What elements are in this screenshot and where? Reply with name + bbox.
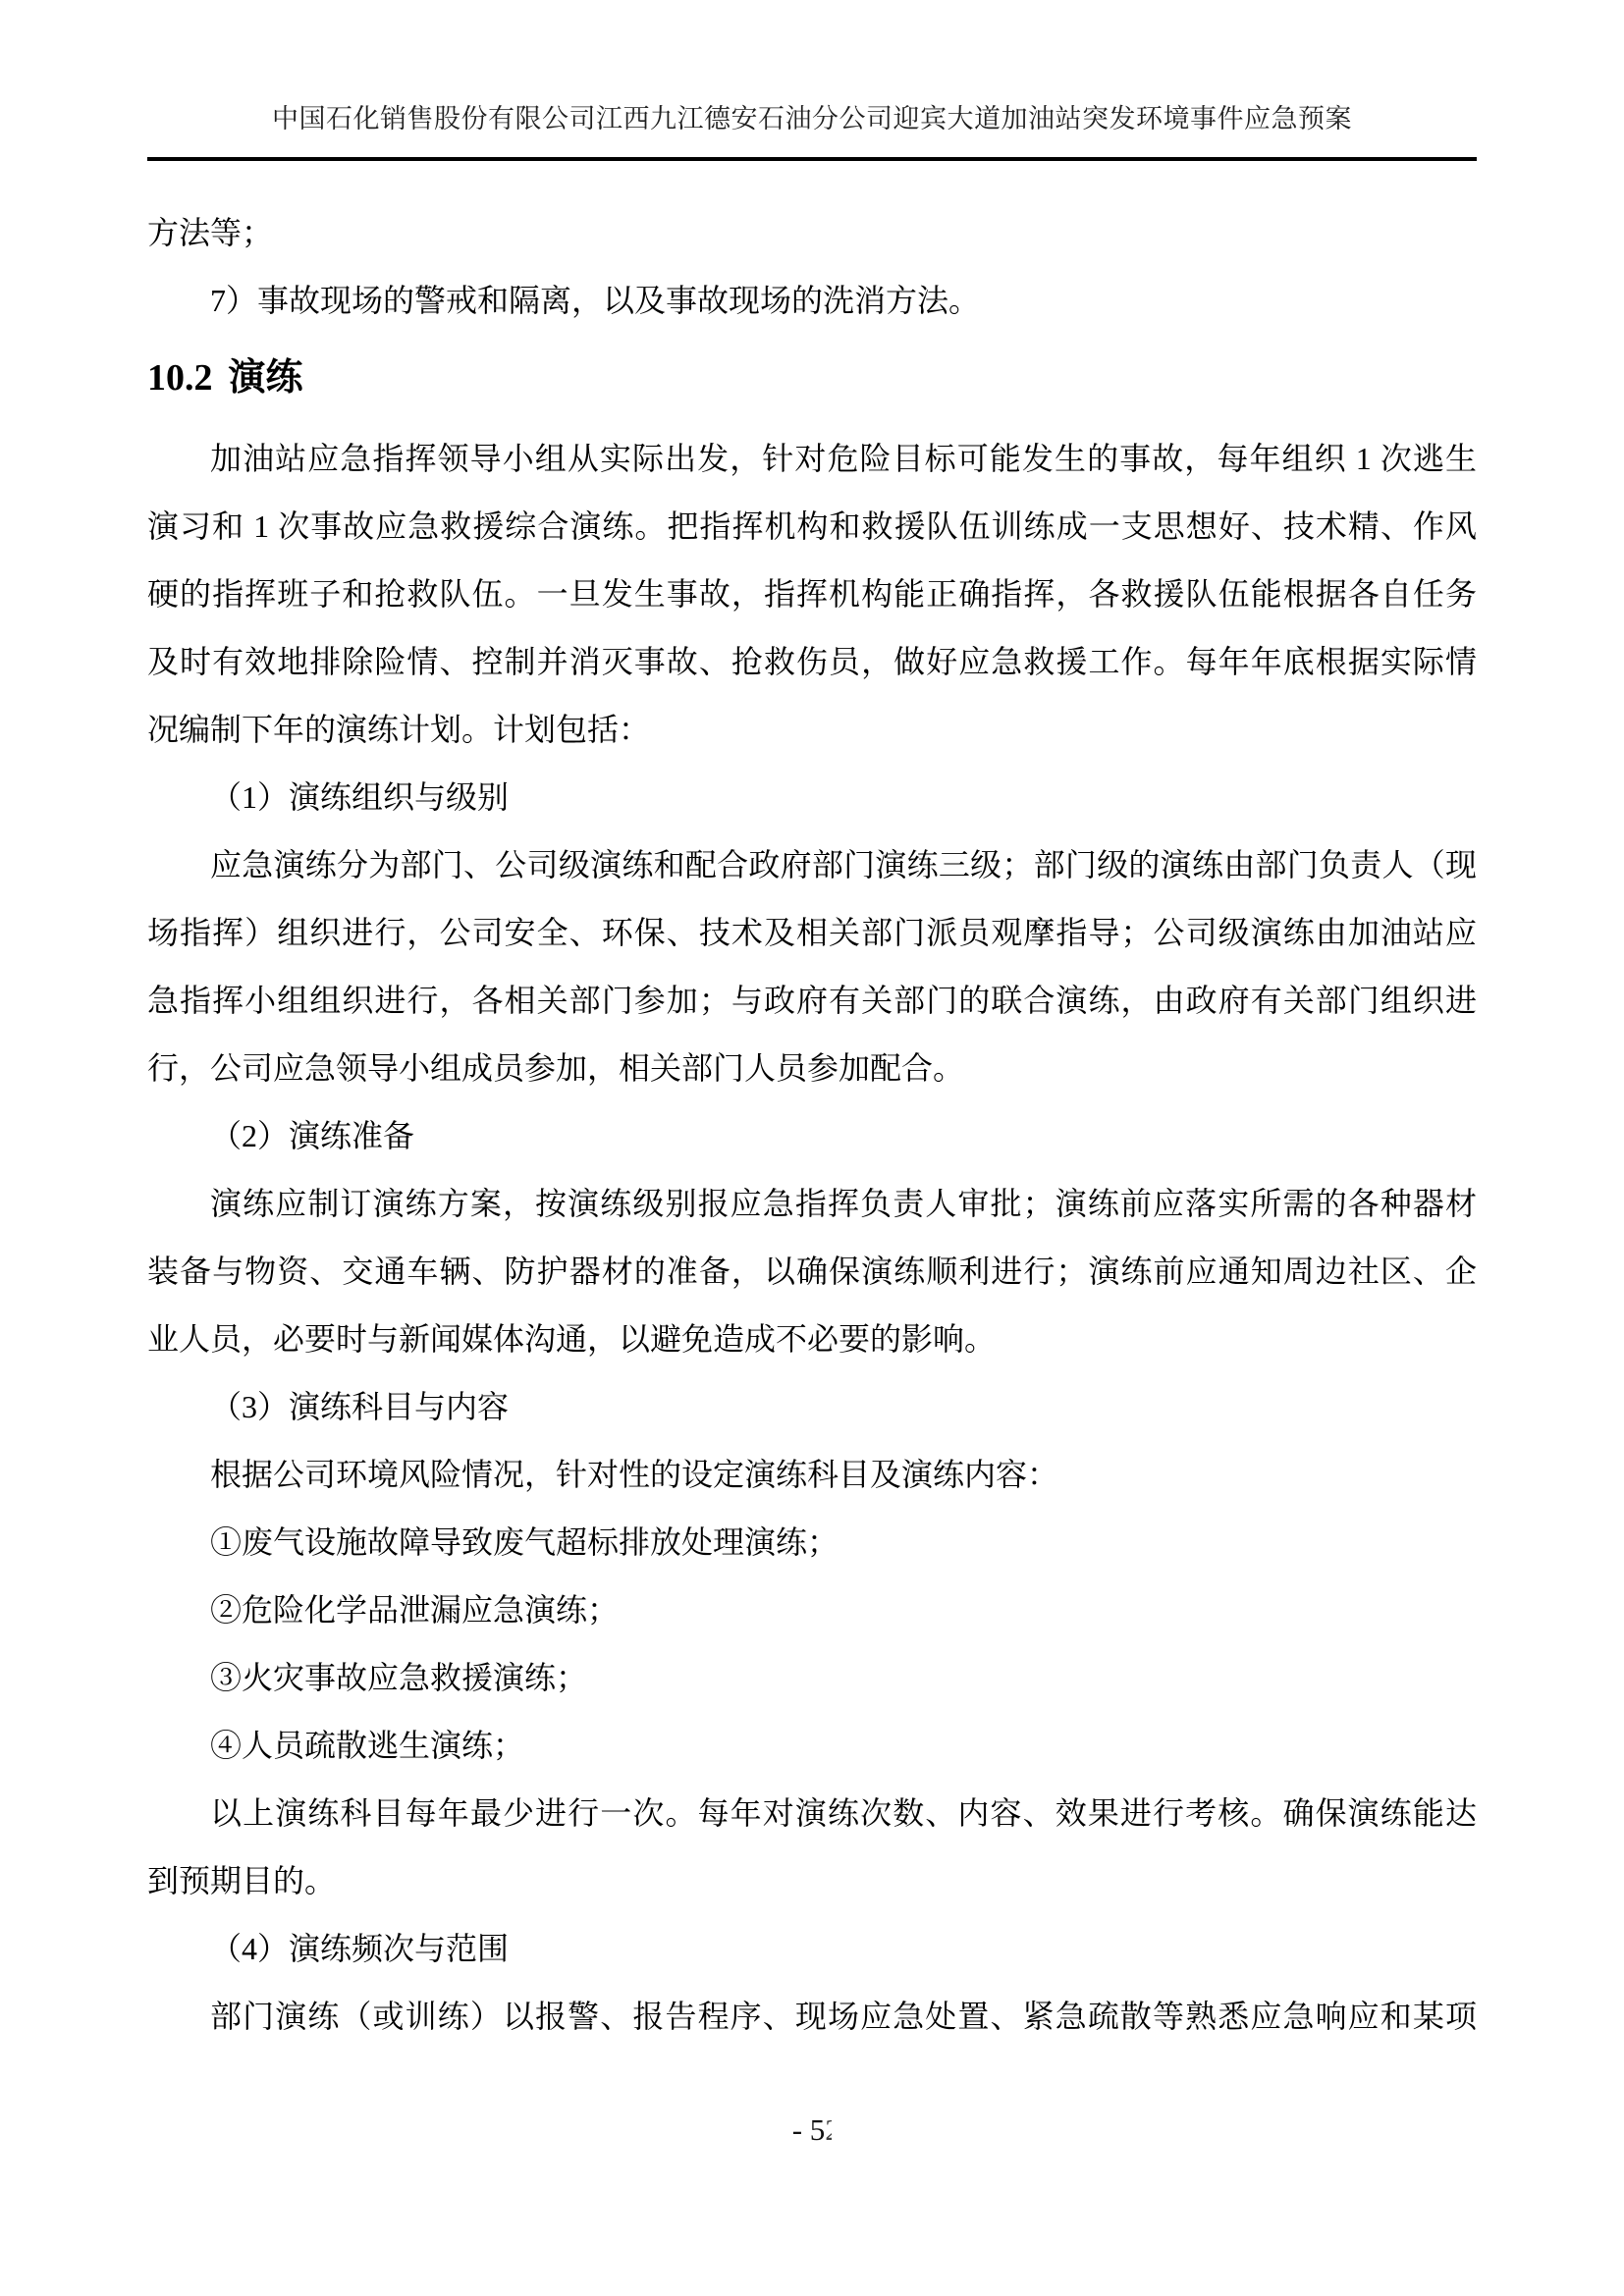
text-line: 7）事故现场的警戒和隔离，以及事故现场的洗消方法。: [147, 267, 1477, 335]
text-line: 根据公司环境风险情况，针对性的设定演练科目及演练内容：: [147, 1441, 1477, 1509]
text-line: 及时有效地排除险情、控制并消灭事故、抢救伤员，做好应急救援工作。每年年底根据实际…: [147, 628, 1477, 696]
page-number-clipped-digit: 2: [825, 2110, 832, 2150]
page-header: 中国石化销售股份有限公司江西九江德安石油分公司迎宾大道加油站突发环境事件应急预案: [147, 0, 1477, 161]
text-line: 方法等；: [147, 199, 1477, 267]
text-line: 装备与物资、交通车辆、防护器材的准备，以确保演练顺利进行；演练前应通知周边社区、…: [147, 1238, 1477, 1306]
heading-label: 演练: [229, 357, 303, 399]
text-line: ②危险化学品泄漏应急演练；: [147, 1576, 1477, 1644]
text-line: （3）演练科目与内容: [147, 1373, 1477, 1441]
section-heading: 10.2演练: [147, 341, 1477, 415]
text-line: 部门演练（或训练）以报警、报告程序、现场应急处置、紧急疏散等熟悉应急响应和某项: [147, 1983, 1477, 2051]
text-line: 行，公司应急领导小组成员参加，相关部门人员参加配合。: [147, 1035, 1477, 1102]
text-line: 场指挥）组织进行，公司安全、环保、技术及相关部门派员观摩指导；公司级演练由加油站…: [147, 899, 1477, 967]
text-line: 应急演练分为部门、公司级演练和配合政府部门演练三级；部门级的演练由部门负责人（现: [147, 831, 1477, 899]
text-line: ③火灾事故应急救援演练；: [147, 1644, 1477, 1712]
text-line: （4）演练频次与范围: [147, 1915, 1477, 1983]
text-line: ①废气设施故障导致废气超标排放处理演练；: [147, 1509, 1477, 1576]
text-line: 硬的指挥班子和抢救队伍。一旦发生事故，指挥机构能正确指挥，各救援队伍能根据各自任…: [147, 561, 1477, 628]
text-line: 演习和 1 次事故应急救援综合演练。把指挥机构和救援队伍训练成一支思想好、技术精…: [147, 493, 1477, 561]
text-line: 到预期目的。: [147, 1847, 1477, 1915]
document-body: 方法等；7）事故现场的警戒和隔离，以及事故现场的洗消方法。10.2演练加油站应急…: [147, 161, 1477, 2051]
page-number: - 5: [792, 2112, 826, 2147]
page-header-title: 中国石化销售股份有限公司江西九江德安石油分公司迎宾大道加油站突发环境事件应急预案: [147, 102, 1477, 135]
text-line: 以上演练科目每年最少进行一次。每年对演练次数、内容、效果进行考核。确保演练能达: [147, 1780, 1477, 1847]
text-line: 演练应制订演练方案，按演练级别报应急指挥负责人审批；演练前应落实所需的各种器材: [147, 1170, 1477, 1238]
text-line: 急指挥小组组织进行，各相关部门参加；与政府有关部门的联合演练，由政府有关部门组织…: [147, 967, 1477, 1035]
text-line: 况编制下年的演练计划。计划包括：: [147, 696, 1477, 764]
text-line: 加油站应急指挥领导小组从实际出发，针对危险目标可能发生的事故，每年组织 1 次逃…: [147, 425, 1477, 493]
page-footer: - 52: [0, 2110, 1624, 2150]
text-line: ④人员疏散逃生演练；: [147, 1712, 1477, 1780]
text-line: （2）演练准备: [147, 1102, 1477, 1170]
text-line: 业人员，必要时与新闻媒体沟通，以避免造成不必要的影响。: [147, 1306, 1477, 1373]
document-page: 中国石化销售股份有限公司江西九江德安石油分公司迎宾大道加油站突发环境事件应急预案…: [0, 0, 1624, 2296]
text-line: （1）演练组织与级别: [147, 764, 1477, 831]
heading-number: 10.2: [147, 357, 213, 399]
